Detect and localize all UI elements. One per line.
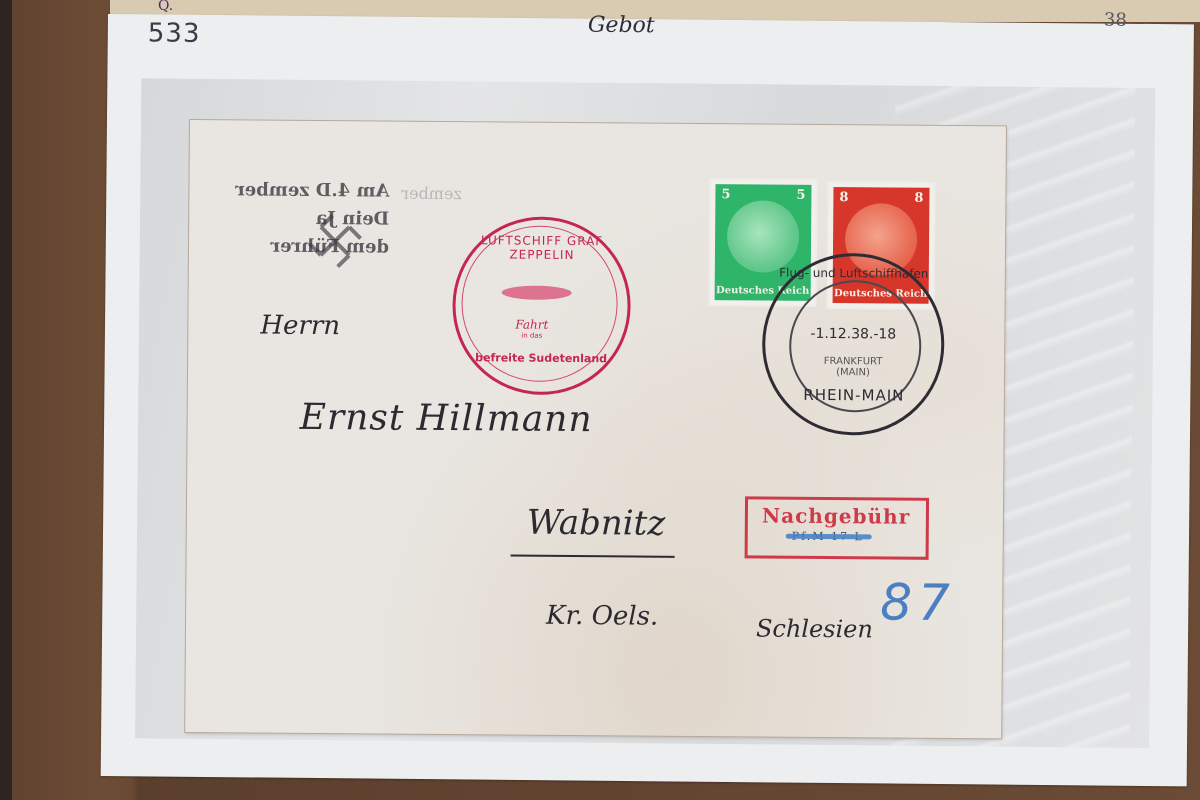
cachet-bottom-text: befreite Sudetenland	[475, 351, 607, 365]
corner-note: 38	[1104, 10, 1127, 31]
postmark: Flug- und Luftschiffhafen -1.12.38.-18 F…	[762, 253, 945, 436]
cachet-center-text: Fahrt	[515, 318, 548, 332]
portrait-icon	[727, 200, 800, 273]
address-name: Ernst Hillmann	[300, 397, 593, 440]
top-card-mark: Q.	[158, 0, 173, 14]
slogan-line: Am 4.D zember	[189, 176, 389, 206]
address-salutation: Herrn	[260, 311, 340, 342]
board-edge	[0, 0, 12, 800]
zeppelin-cachet: LUFTSCHIFF GRAF ZEPPELIN Fahrt in das be…	[452, 216, 631, 395]
postmark-city: FRANKFURT (MAIN)	[791, 356, 915, 379]
town-underline	[511, 555, 675, 558]
faint-slogan: zember	[401, 184, 462, 203]
postmark-city-line: (MAIN)	[791, 367, 915, 379]
blue-strike-mark	[786, 534, 872, 540]
address-district: Kr. Oels.	[546, 601, 658, 632]
cachet-center-sub: in das	[521, 332, 542, 340]
stamp-value: 5	[796, 188, 805, 203]
blue-pencil-number: 87	[880, 573, 956, 632]
stamp-value: 8	[914, 191, 923, 206]
stamp-value: 8	[839, 190, 848, 205]
postage-due-stamp: Nachgebühr Pf.M 17 L	[745, 496, 929, 559]
postage-due-label: Nachgebühr	[762, 504, 910, 529]
lot-number: 533	[148, 18, 201, 49]
swastika-icon	[307, 213, 363, 269]
stamp-value: 5	[721, 187, 730, 202]
address-town: Wabnitz	[527, 503, 666, 544]
postmark-top-text: Flug- und Luftschiffhafen	[776, 266, 932, 281]
postmark-bottom-text: RHEIN-MAIN	[779, 386, 929, 405]
cachet-arc-text: LUFTSCHIFF GRAF ZEPPELIN	[466, 233, 618, 262]
postmark-date: -1.12.38.-18	[791, 326, 915, 343]
envelope-cover: Am 4.D zember Dein Ja dem Führer zember …	[185, 120, 1006, 738]
address-region: Schlesien	[756, 614, 873, 643]
header-note: Gebot	[588, 13, 655, 39]
